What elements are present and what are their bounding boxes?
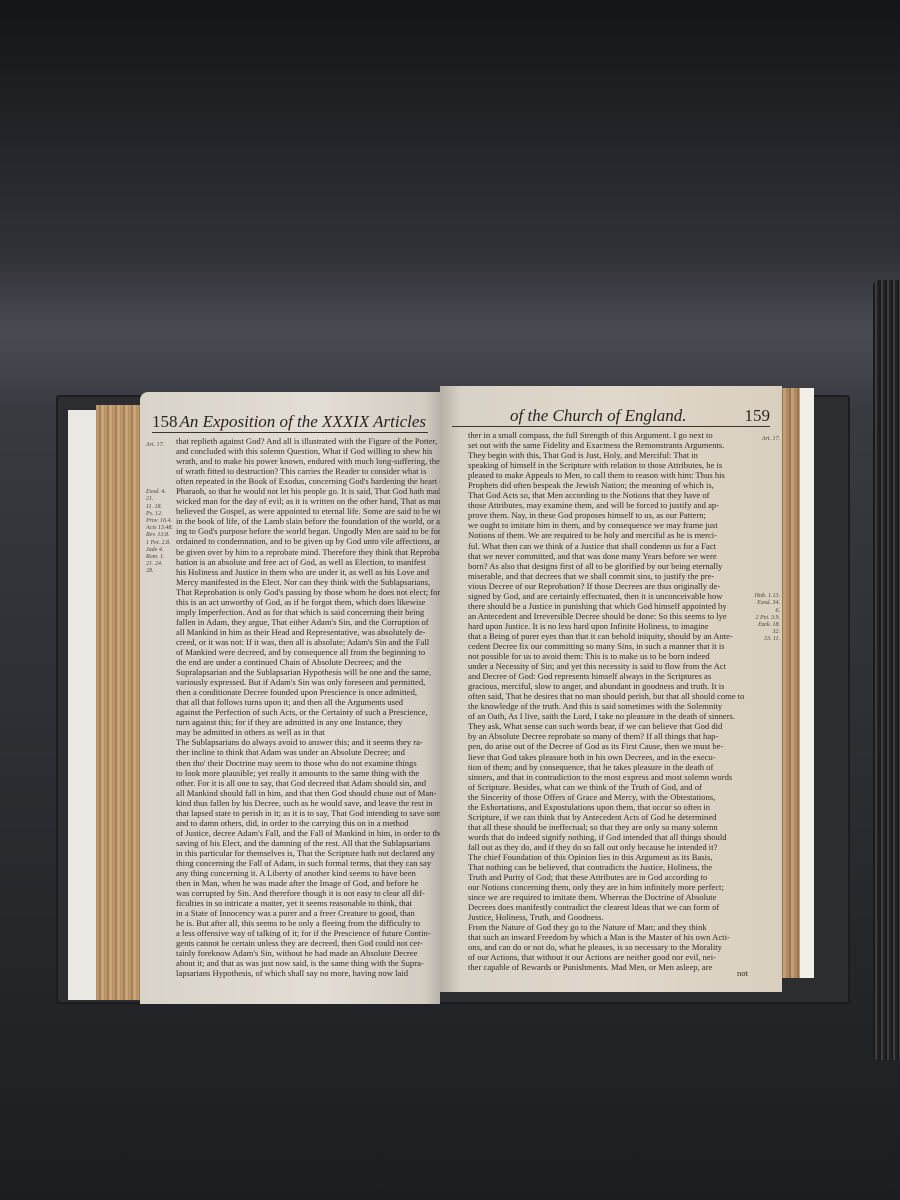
margin-reference: 28. — [146, 568, 176, 575]
text-line: wicked man for the day of evil; as it is… — [176, 496, 440, 506]
text-line: ther capable of Rewards or Punishments. … — [468, 962, 754, 972]
margin-reference: Ezek. 18. — [752, 622, 780, 629]
text-line: Pharaoh, so that he would not let his pe… — [176, 486, 440, 496]
text-line: Truth and Purity of God; that these Attr… — [468, 872, 754, 882]
left-running-title: An Exposition of the XXXIX Articles — [178, 412, 429, 432]
article-marker: Art. 17. — [146, 442, 176, 449]
text-line: against the Perfection of such Acts, or … — [176, 707, 440, 717]
text-line: all Mankind in him as their Head and Rep… — [176, 627, 440, 637]
text-line: of an Oath, As I live, saith the Lord, I… — [468, 711, 754, 721]
text-line: variously expressed. But if Adam's Sin w… — [176, 677, 440, 687]
right-margin-notes: Art. 17.Hab. 1.13.Exod. 34.6.2 Pet. 3.9.… — [752, 436, 780, 644]
text-line: tion of them; and by consequence, that h… — [468, 762, 754, 772]
right-running-head: of the Church of England. 159 — [452, 400, 770, 427]
text-line: then tho' their Doctrine may seem to tho… — [176, 758, 440, 768]
text-line: that such an inward Freedom by which a M… — [468, 932, 754, 942]
margin-reference: Acts 13.48. — [146, 525, 176, 532]
text-line: of our Actions, that without it our Acti… — [468, 952, 754, 962]
text-line: this is an act unworthy of God, as if he… — [176, 597, 440, 607]
text-line: there should be a Justice in punishing t… — [468, 601, 754, 611]
text-line: in a State of Innocency was a purer and … — [176, 908, 440, 918]
text-line: we ought to imitate him in them, and by … — [468, 520, 754, 530]
left-running-head: 158 An Exposition of the XXXIX Articles — [152, 406, 428, 433]
text-line: not possible for us to avoid them: This … — [468, 651, 754, 661]
text-line: other. For it is all one to say, that Go… — [176, 778, 440, 788]
text-line: Justice, Holiness, Truth, and Goodness. — [468, 912, 754, 922]
text-line: he is. But after all, this seems to be o… — [176, 918, 440, 928]
text-line: ther in a small compass, the full Streng… — [468, 430, 754, 440]
text-line: that all that follows turns upon it; and… — [176, 697, 440, 707]
text-line: that replieth against God? And all is il… — [176, 436, 440, 446]
text-line: often repeated in the Book of Exodus, co… — [176, 476, 440, 486]
text-line: the knowledge of the truth. And this is … — [468, 701, 754, 711]
text-line: turn against this; for if they are admit… — [176, 717, 440, 727]
text-line: kind thus fallen by his Decree, such as … — [176, 798, 440, 808]
text-line: the end are under a continued Chain of A… — [176, 657, 440, 667]
right-page-text: ther in a small compass, the full Streng… — [468, 430, 754, 973]
text-line: ordained to condemnation, and to be give… — [176, 536, 440, 546]
text-line: born? As also that designs first of all … — [468, 561, 754, 571]
text-line: then in Man, when he was made after the … — [176, 878, 440, 888]
text-line: tainly foreknow Adam's Sin, without he h… — [176, 948, 440, 958]
margin-reference: 21. 24. — [146, 561, 176, 568]
text-line: a less offensive way of talking of it; f… — [176, 928, 440, 938]
text-line: hard upon Justice. It is no less hard up… — [468, 621, 754, 631]
left-page-edges — [96, 405, 144, 1000]
text-line: speaking of himself in the Scripture wit… — [468, 460, 754, 470]
left-page: 158 An Exposition of the XXXIX Articles … — [140, 392, 440, 1004]
text-line: ons, and can do or not do, what he pleas… — [468, 942, 754, 952]
text-line: fall out as they do, and if they do so f… — [468, 842, 754, 852]
text-line: fallen in Adam, they argue, That either … — [176, 617, 440, 627]
text-line: all Mankind should fall in him, and that… — [176, 788, 440, 798]
margin-reference: Jude 4. — [146, 547, 176, 554]
text-line: vious Decree of our Reprobation? If thos… — [468, 581, 754, 591]
text-line: They begin with this, That God is Just, … — [468, 450, 754, 460]
text-line: wrath, and to make his power known, endu… — [176, 456, 440, 466]
text-line: ful. What then can we think of a Justice… — [468, 541, 754, 551]
text-line: our Notions concerning them, only they a… — [468, 882, 754, 892]
catchword: not — [737, 968, 748, 978]
text-line: to look more plausible; yet really it am… — [176, 768, 440, 778]
margin-reference: Exod. 34. — [752, 600, 780, 607]
text-line: pleased to make Appeals to Men, to call … — [468, 470, 754, 480]
right-page: of the Church of England. 159 Art. 17.Ha… — [440, 386, 782, 992]
margin-reference: 21. — [146, 496, 176, 503]
text-line: prove them. Nay, in these God proposes h… — [468, 510, 754, 520]
text-line: Decrees does manifestly contradict the c… — [468, 902, 754, 912]
text-line: sinners, and that in contradiction to th… — [468, 772, 754, 782]
text-line: be given over by him to a reprobate mind… — [176, 547, 440, 557]
text-line: by an Absolute Decree reprobate so many … — [468, 731, 754, 741]
text-line: bation is an absolute and free act of Go… — [176, 557, 440, 567]
margin-reference: 6. — [752, 608, 780, 615]
text-line: gracious, merciful, slow to anger, and a… — [468, 681, 754, 691]
text-line: gents cannot be certain unless they are … — [176, 938, 440, 948]
text-line: ing to God's purpose before the world be… — [176, 526, 440, 536]
text-line: often said, That he desires that no man … — [468, 691, 754, 701]
left-margin-notes: Art. 17.Exod. 4.21.11. 18.Ps. 12.Prov. 1… — [146, 442, 176, 576]
text-line: miserable, and that decrees that we shal… — [468, 571, 754, 581]
text-line: The Sublapsarians do always avoid to ans… — [176, 737, 440, 747]
text-line: may be admitted in others as well as in … — [176, 727, 440, 737]
left-page-text: that replieth against God? And all is il… — [176, 436, 440, 979]
text-line: and to damn others, did, in order to the… — [176, 818, 440, 828]
text-line: that a Being of purer eyes than that it … — [468, 631, 754, 641]
text-line: From the Nature of God they go to the Na… — [468, 922, 754, 932]
text-line: that we never committed, and that was do… — [468, 551, 754, 561]
text-line: the Sincerity of those Offers of Grace a… — [468, 792, 754, 802]
text-line: about it; and that as was just now said,… — [176, 958, 440, 968]
margin-reference: 32. — [752, 629, 780, 636]
binder-spine — [873, 280, 900, 1060]
text-line: saving of his Elect, and the damning of … — [176, 838, 440, 848]
text-line: lapsarians Hypothesis, of which shall sa… — [176, 968, 440, 978]
text-line: his Holiness and Justice in them who are… — [176, 567, 440, 577]
text-line: set out with the same Fidelity and Exact… — [468, 440, 754, 450]
text-line: believed the Gospel, as were appointed t… — [176, 506, 440, 516]
text-line: ficulties in so intricate a matter, yet … — [176, 898, 440, 908]
text-line: in the book of life, of the Lamb slain b… — [176, 516, 440, 526]
right-endpaper — [800, 388, 814, 978]
text-line: in this particular for themselves is, Th… — [176, 848, 440, 858]
text-line: imply Imperfection. And as for that whic… — [176, 607, 440, 617]
text-line: creed, or it was not: If it was, then al… — [176, 637, 440, 647]
text-line: any thing concerning it. A Liberty of an… — [176, 868, 440, 878]
text-line: lieve that God takes pleasure both in hi… — [468, 752, 754, 762]
text-line: that lapsed state to perish in it; as it… — [176, 808, 440, 818]
right-running-title: of the Church of England. — [452, 406, 745, 426]
text-line: those Attributes, may examine them, and … — [468, 500, 754, 510]
text-line: of wrath fitted to destruction? This car… — [176, 466, 440, 476]
margin-reference: Ps. 12. — [146, 511, 176, 518]
text-line: ther incline to think that Adam was unde… — [176, 747, 440, 757]
margin-reference: Rev. 13.8. — [146, 532, 176, 539]
margin-reference: 2 Pet. 3.9. — [752, 615, 780, 622]
text-line: pen, do arise out of the Decree of God a… — [468, 741, 754, 751]
text-line: an Antecedent and Irreversible Decree sh… — [468, 611, 754, 621]
text-line: that all these should be ineffectual; so… — [468, 822, 754, 832]
text-line: That God Acts so, that Men according to … — [468, 490, 754, 500]
text-line: thing concerning the Fall of Adam, in su… — [176, 858, 440, 868]
text-line: the Exhortations, and Expostulations upo… — [468, 802, 754, 812]
margin-reference: 11. 18. — [146, 504, 176, 511]
text-line: under a Necessity of Sin; and yet this n… — [468, 661, 754, 671]
left-page-number: 158 — [152, 412, 178, 432]
text-line: and concluded with this solemn Question,… — [176, 446, 440, 456]
text-line: and Decree of God: God represents himsel… — [468, 671, 754, 681]
article-marker: Art. 17. — [752, 436, 780, 443]
text-line: since we are required to imitate them. W… — [468, 892, 754, 902]
margin-reference: Exod. 4. — [146, 489, 176, 496]
text-line: was corrupted by Sin. And therefore thou… — [176, 888, 440, 898]
text-line: Notions of them. We are required to be h… — [468, 530, 754, 540]
text-line: That Reprobation is only God's passing b… — [176, 587, 440, 597]
text-line: of Mankind were decreed, and by conseque… — [176, 647, 440, 657]
text-line: Supralapsarian and the Sublapsarian Hypo… — [176, 667, 440, 677]
text-line: then a conditionate Decree founded upon … — [176, 687, 440, 697]
text-line: The chief Foundation of this Opinion lie… — [468, 852, 754, 862]
text-line: Mercy manifested in the Elect. Nor can t… — [176, 577, 440, 587]
text-line: They ask, What sense can such words bear… — [468, 721, 754, 731]
text-line: words that do indeed signify nothing, if… — [468, 832, 754, 842]
text-line: Scripture, if we can think that by Antec… — [468, 812, 754, 822]
margin-reference: 33. 11. — [752, 636, 780, 643]
right-page-number: 159 — [745, 406, 771, 426]
text-line: That nothing can be believed, that contr… — [468, 862, 754, 872]
text-line: signed by God, and are certainly effectu… — [468, 591, 754, 601]
text-line: Prophets did often bespeak the Jewish Na… — [468, 480, 754, 490]
text-line: cedent Decree fix our committing so many… — [468, 641, 754, 651]
text-line: of Justice, decree Adam's Fall, and the … — [176, 828, 440, 838]
text-line: of Scripture. Besides, what can we think… — [468, 782, 754, 792]
margin-reference: 1 Pet. 2.8. — [146, 540, 176, 547]
